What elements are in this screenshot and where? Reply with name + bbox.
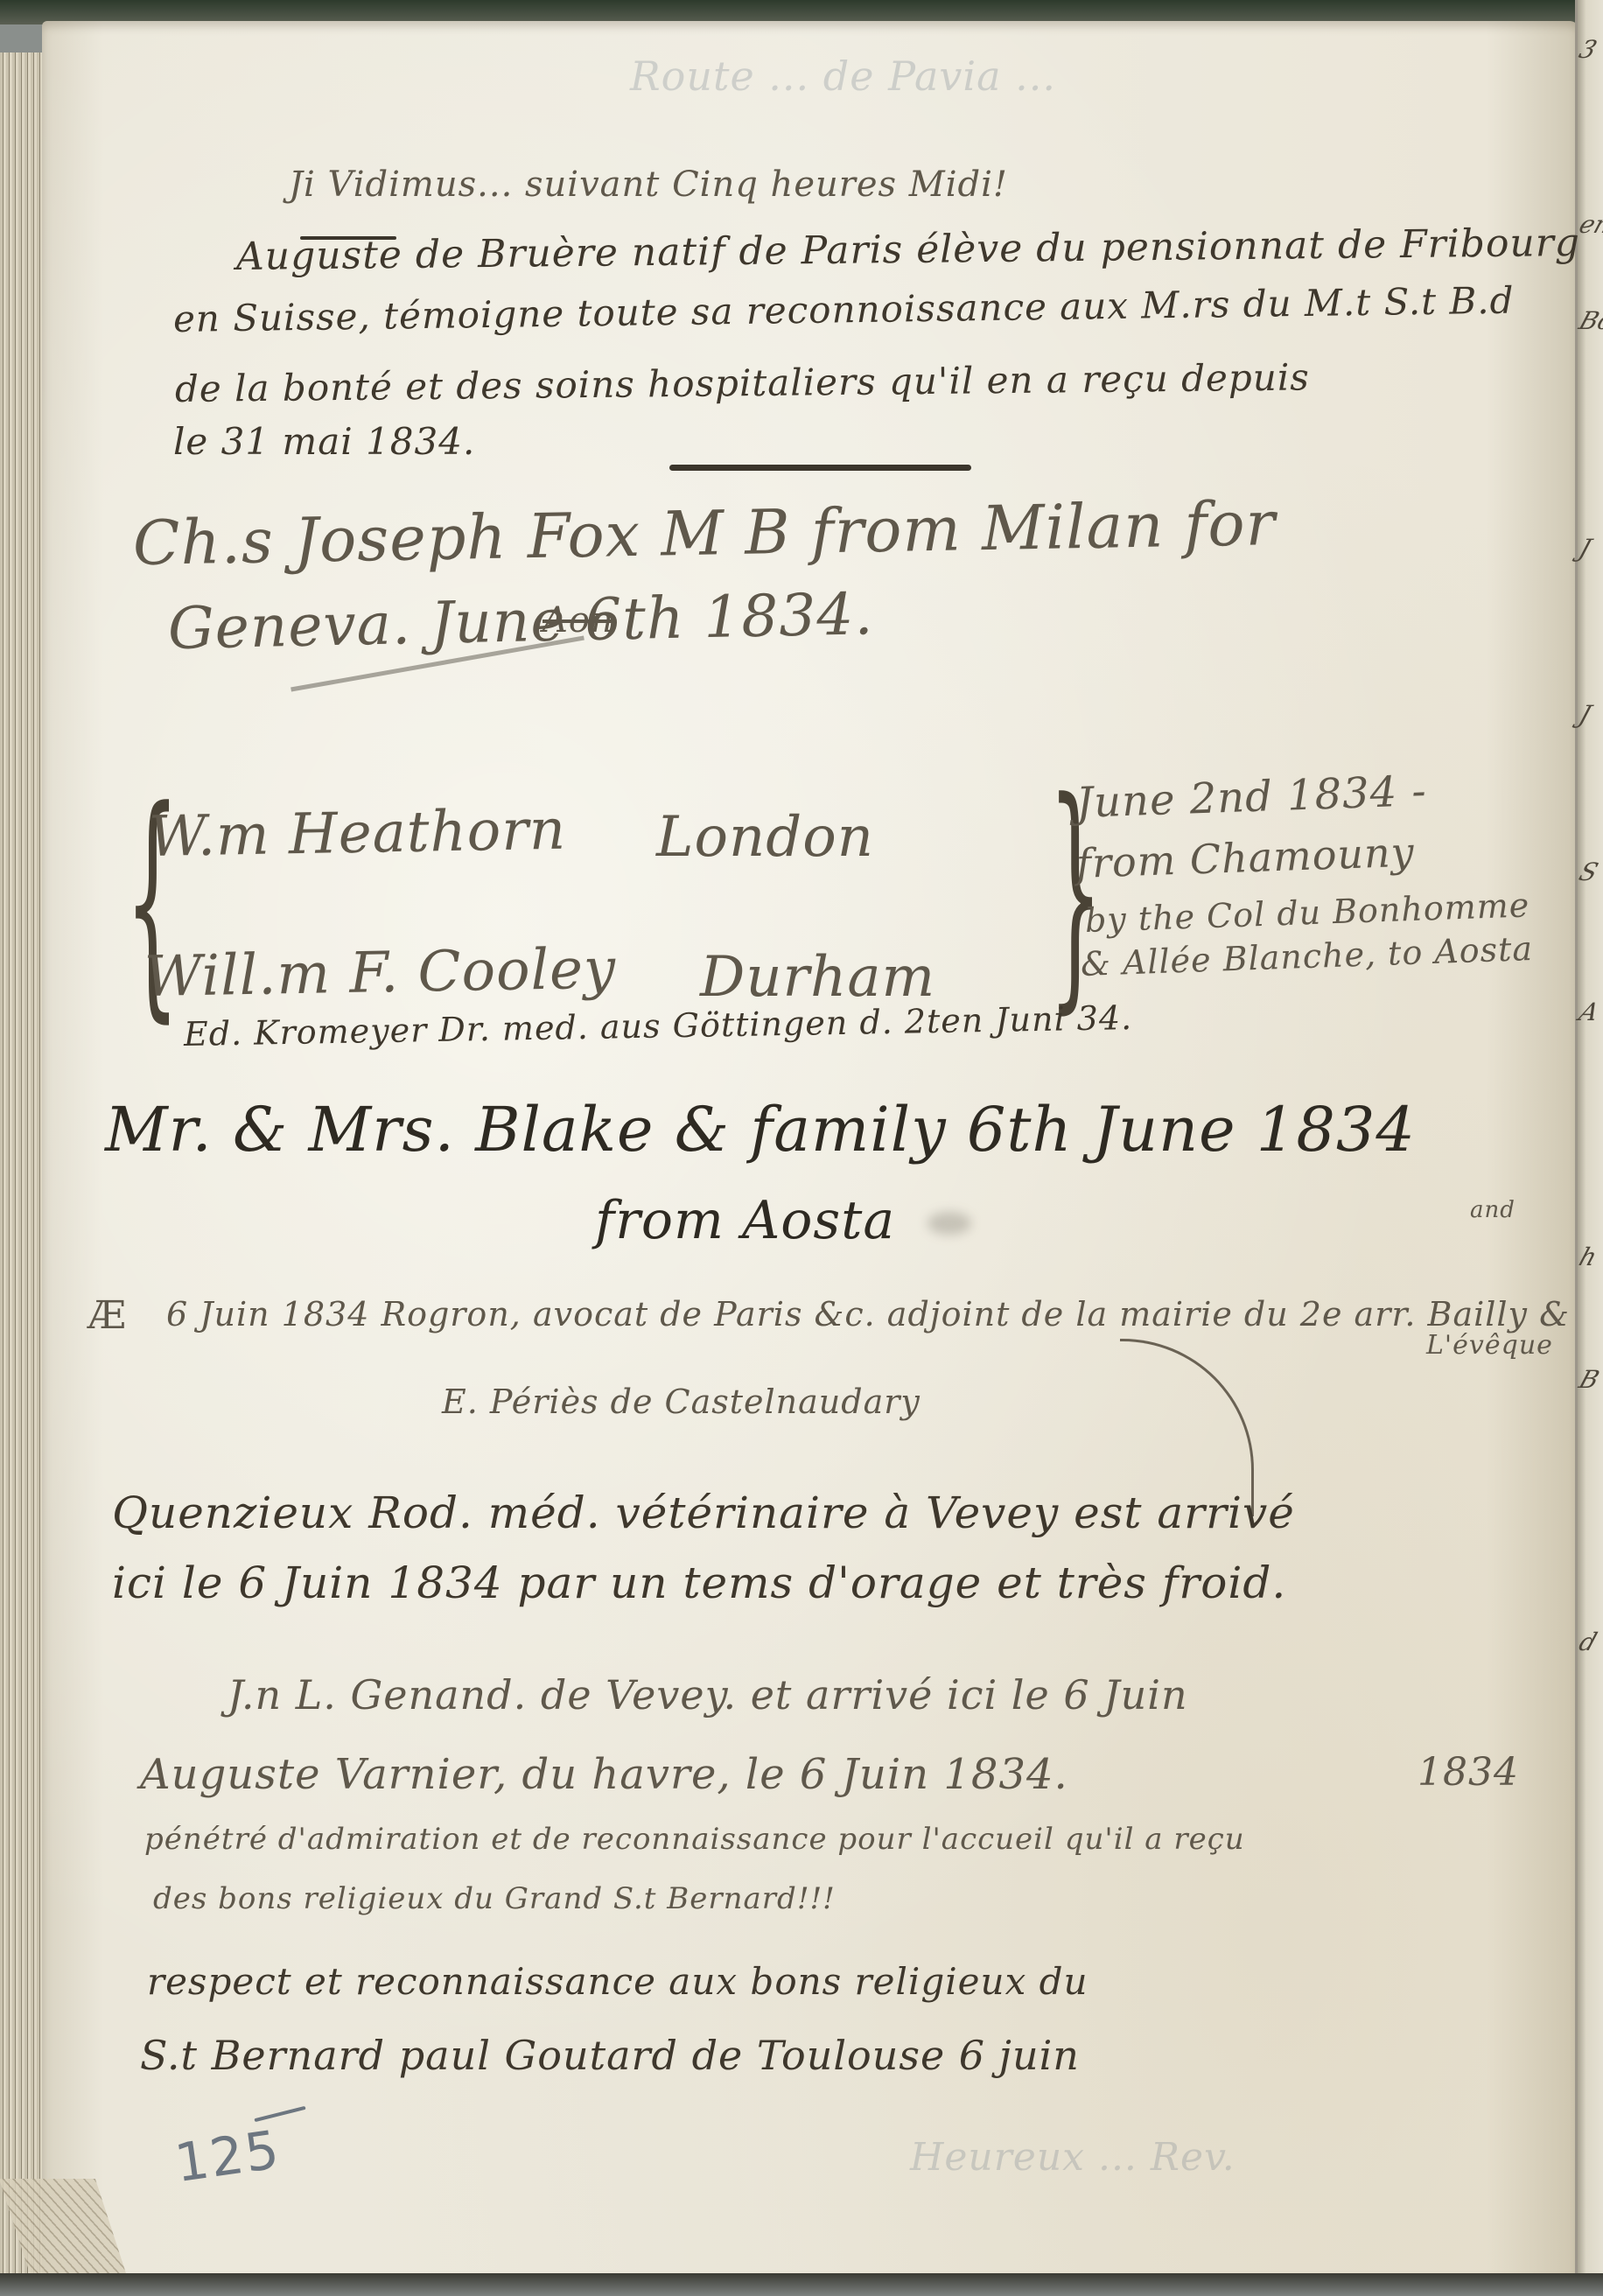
bleed-through-text: Heureux ... Rev. — [910, 2135, 1235, 2180]
guest-place: London — [656, 805, 874, 870]
entry-line: Quenzieux Rod. méd. vétérinaire à Vevey … — [112, 1487, 1295, 1538]
entry-line: 6 Juin 1834 Rogron, avocat de Paris &c. … — [166, 1295, 1570, 1333]
separator-rule — [669, 465, 971, 471]
underline-stroke — [300, 236, 396, 240]
book-bottom-edge — [0, 2273, 1603, 2296]
adjacent-page-edge — [1575, 0, 1603, 2296]
margin-note: and — [1470, 1197, 1515, 1223]
entry-line: ici le 6 Juin 1834 par un tems d'orage e… — [112, 1557, 1286, 1608]
struck-word: Aon — [542, 600, 614, 640]
entry-line: S.t Bernard paul Goutard de Toulouse 6 j… — [140, 2032, 1080, 2079]
entry-line: Mr. & Mrs. Blake & family 6th June 1834 — [105, 1094, 1416, 1165]
ink-blot — [927, 1212, 971, 1235]
entry-line: E. Périès de Castelnaudary — [442, 1382, 920, 1421]
entry-line: from Aosta — [595, 1190, 895, 1251]
entry-line: le 31 mai 1834. — [173, 420, 475, 463]
bleed-through-text: Route ... de Pavia ... — [630, 52, 1056, 100]
entry-line: des bons religieux du Grand S.t Bernard!… — [153, 1881, 836, 1916]
entry-line: Ji Vidimus... suivant Cinq heures Midi! — [289, 164, 1008, 205]
guest-place: Durham — [700, 945, 935, 1010]
entry-line: respect et reconnaissance aux bons relig… — [147, 1960, 1088, 2003]
entry-line: pénétré d'admiration et de reconnaissanc… — [144, 1822, 1245, 1857]
margin-mark: Æ — [87, 1293, 127, 1338]
guest-name: W.m Heathorn — [148, 798, 566, 870]
right-note: L'évêque — [1426, 1330, 1553, 1361]
guest-name: Will.m F. Cooley — [143, 937, 616, 1010]
year-note: 1834 — [1417, 1750, 1519, 1795]
entry-line: J.n L. Genand. de Vevey. et arrivé ici l… — [227, 1671, 1188, 1718]
entry-line: Auguste Varnier, du havre, le 6 Juin 183… — [140, 1750, 1068, 1799]
